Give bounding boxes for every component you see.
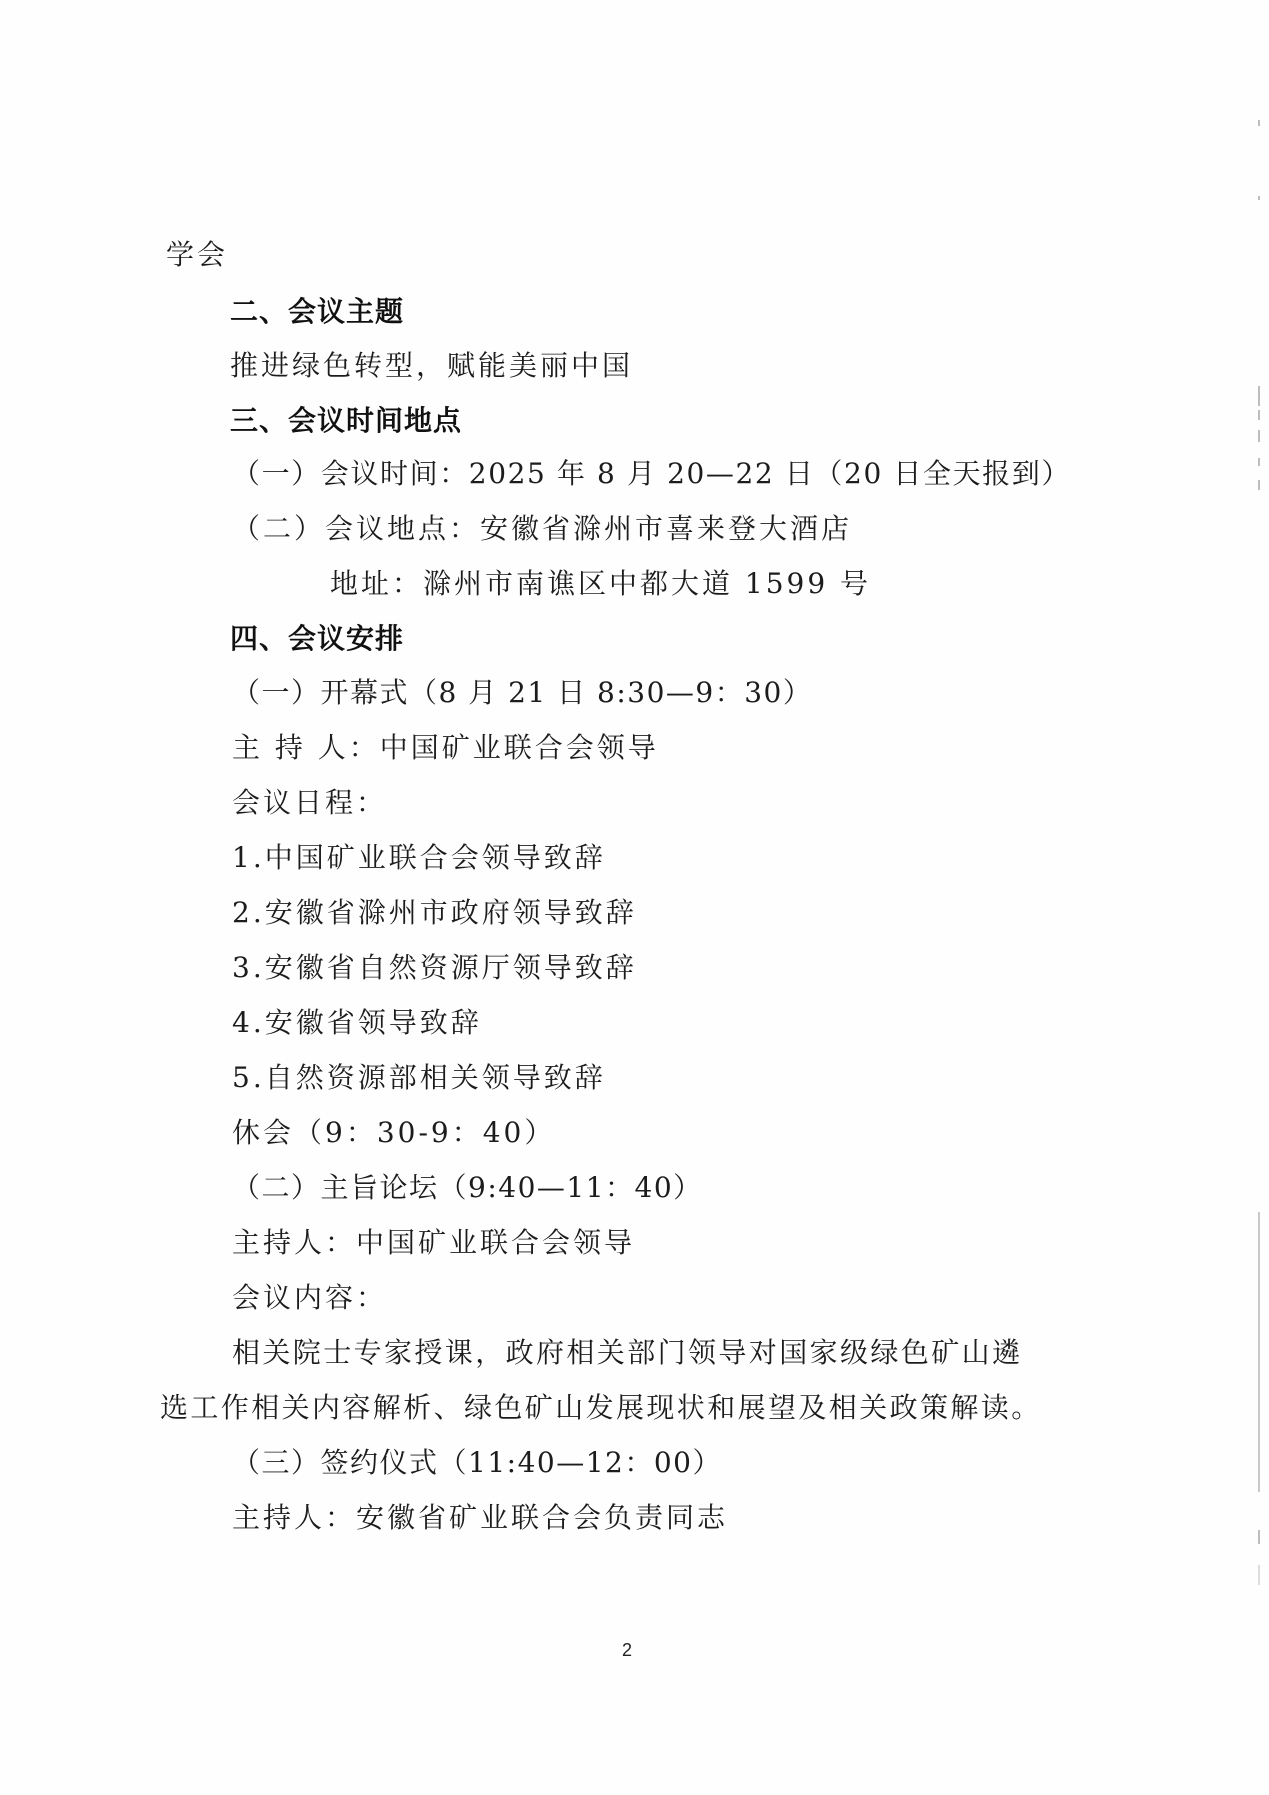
agenda-item-4: 4.安徽省领导致辞 (232, 1005, 482, 1041)
venue-address: 地址：滁州市南谯区中都大道 1599 号 (330, 566, 871, 602)
content-paragraph-line-1: 相关院士专家授课，政府相关部门领导对国家级绿色矿山遴 (232, 1335, 1022, 1371)
section-2-heading: 二、会议主题 (230, 294, 404, 330)
keynote-forum: （二）主旨论坛（9:40—11：40） (232, 1170, 703, 1206)
keynote-host: 主持人：中国矿业联合会领导 (232, 1225, 635, 1261)
meeting-time: （一）会议时间：2025 年 8 月 20—22 日（20 日全天报到） (232, 456, 1071, 492)
signing-host: 主持人：安徽省矿业联合会负责同志 (232, 1500, 728, 1536)
opening-host: 主 持 人：中国矿业联合会领导 (232, 730, 659, 766)
break-time: 休会（9：30-9：40） (232, 1115, 555, 1151)
agenda-item-2: 2.安徽省滁州市政府领导致辞 (232, 895, 637, 931)
section-4-heading: 四、会议安排 (230, 621, 404, 657)
meeting-venue: （二）会议地点：安徽省滁州市喜来登大酒店 (232, 511, 852, 547)
agenda-item-5: 5.自然资源部相关领导致辞 (232, 1060, 606, 1096)
continuation-text: 学会 (166, 237, 228, 273)
opening-ceremony: （一）开幕式（8 月 21 日 8:30—9：30） (232, 675, 812, 711)
page-number: 2 (622, 1640, 632, 1661)
agenda-item-3: 3.安徽省自然资源厅领导致辞 (232, 950, 637, 986)
section-3-heading: 三、会议时间地点 (230, 403, 462, 439)
content-label: 会议内容： (232, 1280, 387, 1316)
content-paragraph-line-2: 选工作相关内容解析、绿色矿山发展现状和展望及相关政策解读。 (160, 1390, 1042, 1426)
section-2-theme: 推进绿色转型，赋能美丽中国 (230, 348, 633, 384)
document-page: 学会 二、会议主题 推进绿色转型，赋能美丽中国 三、会议时间地点 （一）会议时间… (0, 0, 1269, 1795)
agenda-label: 会议日程： (232, 785, 387, 821)
signing-ceremony: （三）签约仪式（11:40—12：00） (232, 1445, 722, 1481)
scan-margin-marks (1258, 0, 1261, 1795)
agenda-item-1: 1.中国矿业联合会领导致辞 (232, 840, 606, 876)
